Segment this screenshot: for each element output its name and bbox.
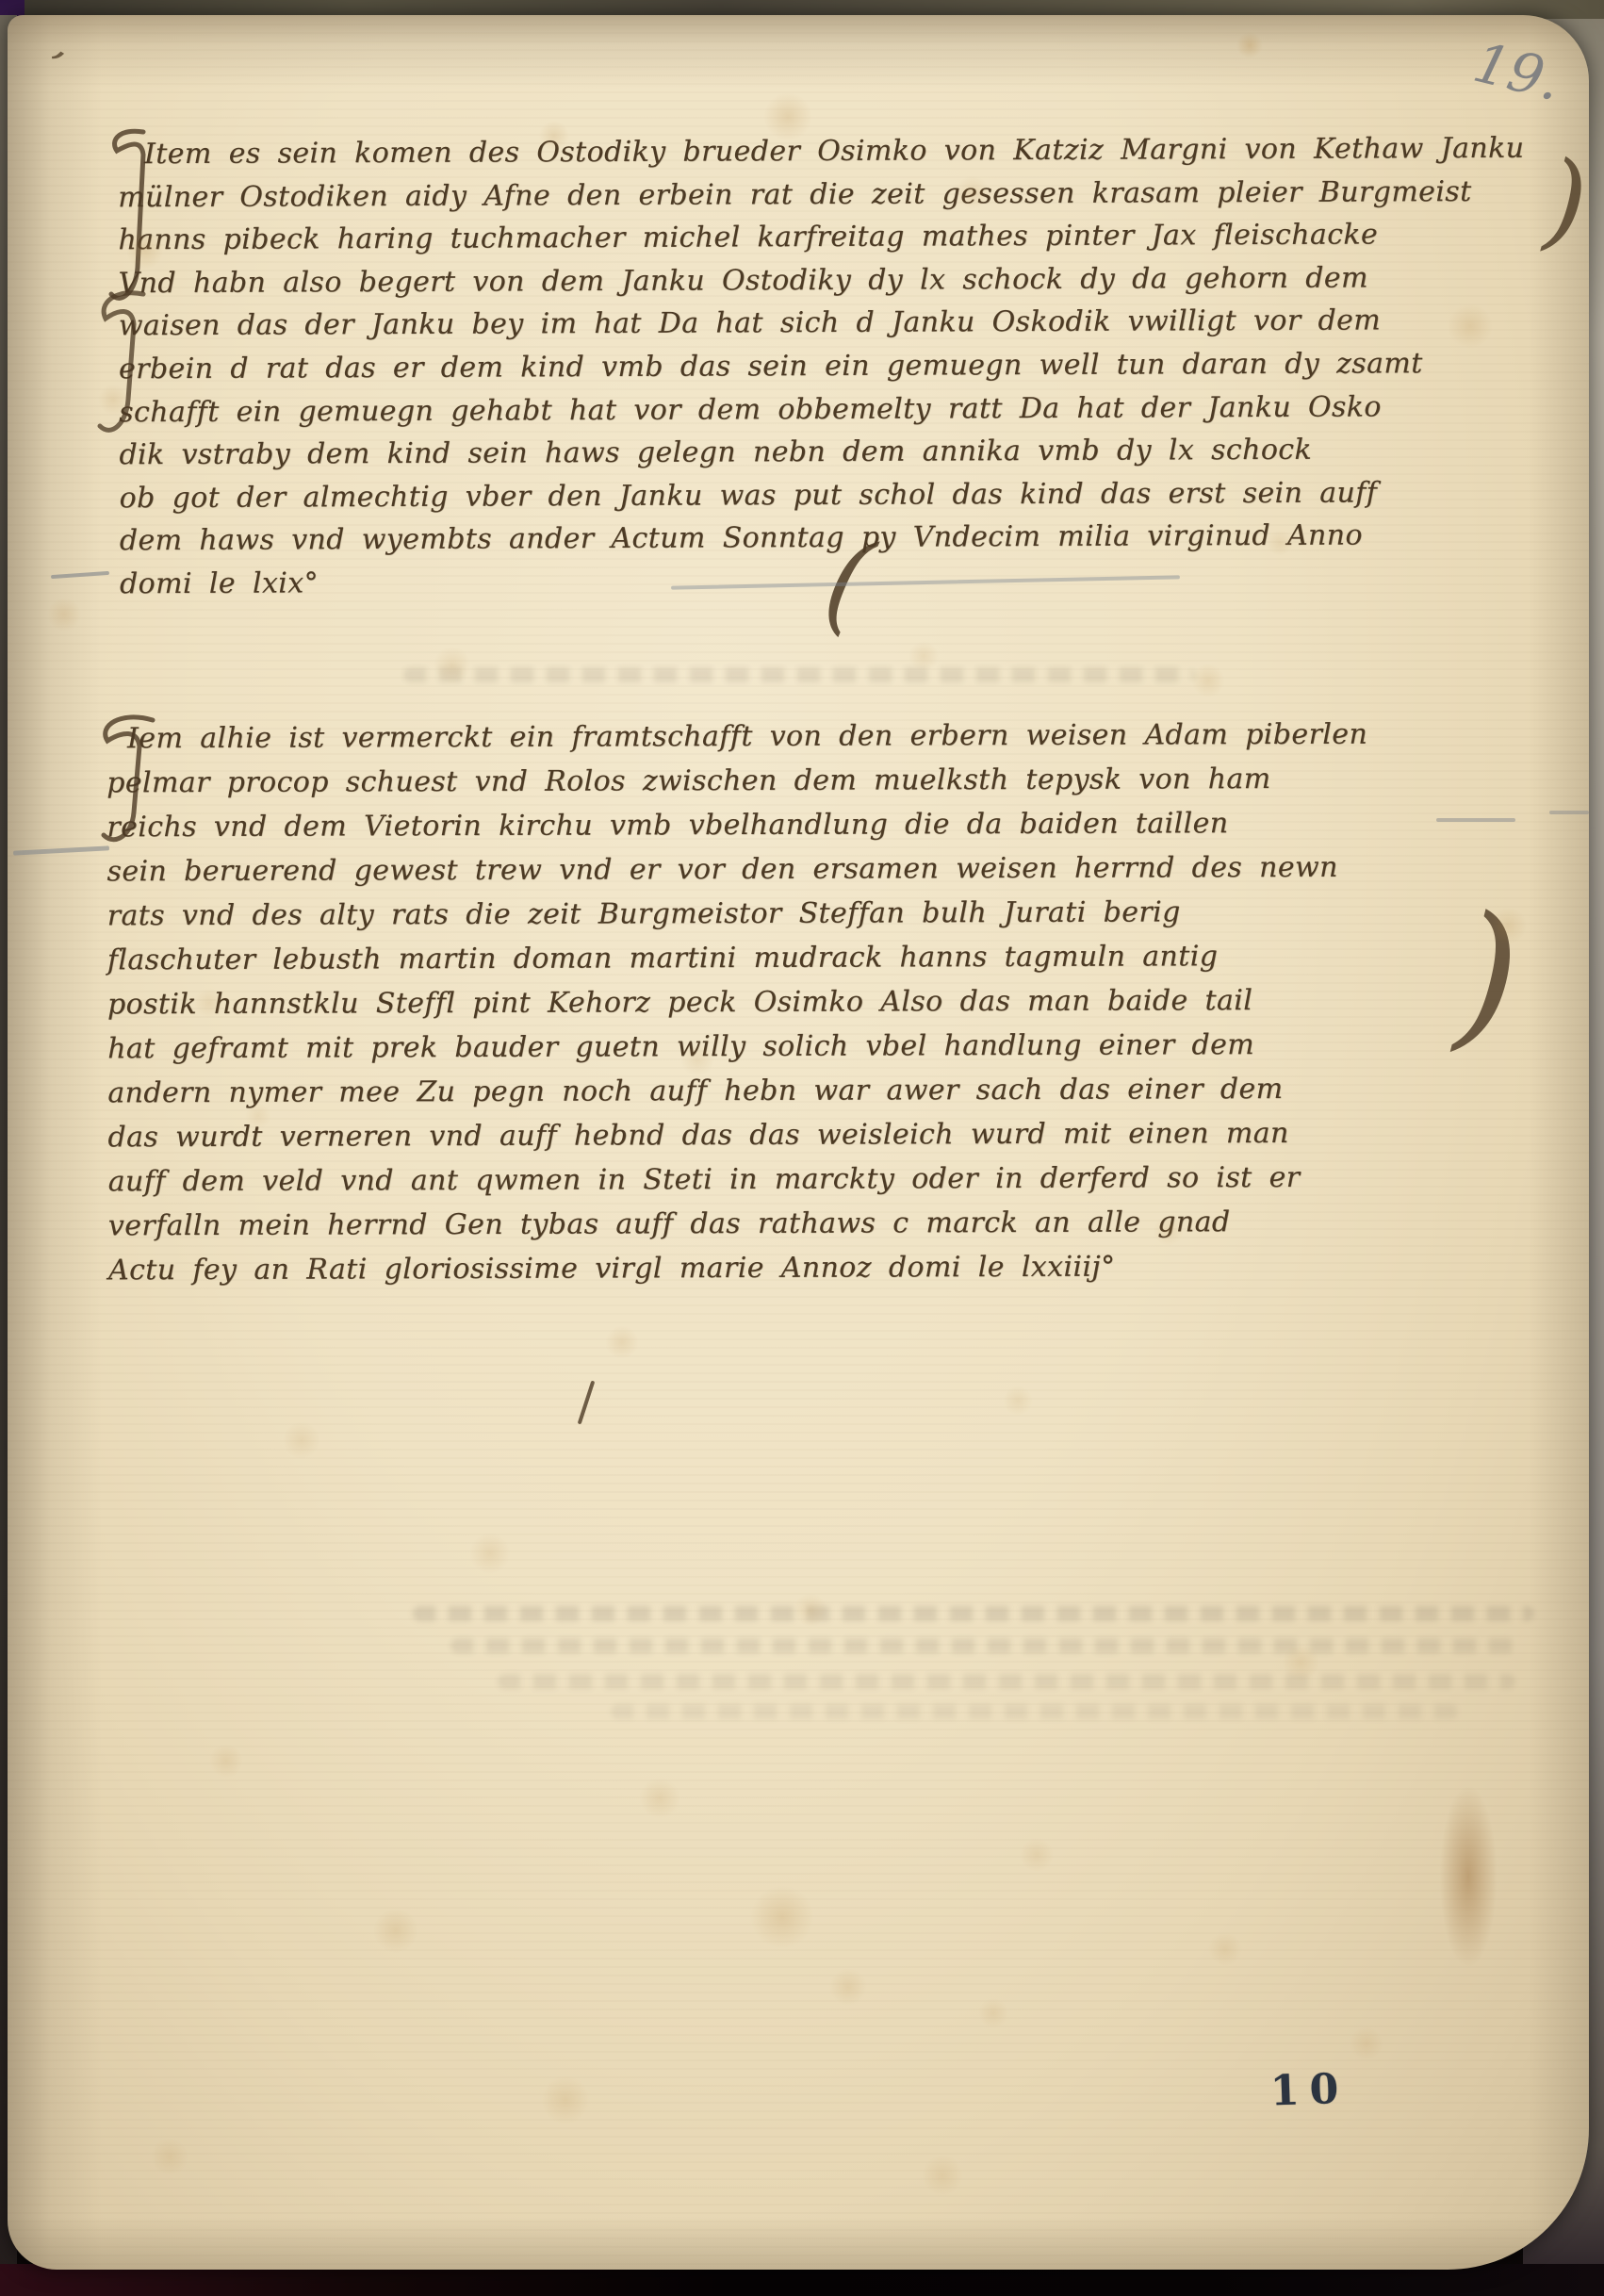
foxing-spot	[908, 641, 939, 671]
foxing-spot	[1282, 1644, 1319, 1681]
manuscript-line: erbein d rat das er dem kind vmb das sei…	[119, 342, 1526, 391]
foxing-spot	[373, 1908, 418, 1953]
foxing-spot	[209, 1744, 243, 1778]
foxing-spot	[1208, 1932, 1242, 1966]
foxing-spot	[639, 1778, 680, 1819]
folio-number: 19.	[1467, 30, 1567, 113]
manuscript-line: hat geframt mit prek bauder guetn willy …	[107, 1023, 1368, 1072]
foxing-spot	[1191, 664, 1225, 697]
initial-flourish-vnd	[87, 287, 162, 447]
manuscript-line: Actu fey an Rati gloriosissime virgl mar…	[108, 1244, 1369, 1293]
foxing-spot	[469, 1533, 511, 1574]
foxing-spot	[541, 2075, 590, 2124]
right-margin-flourish-top: )	[1542, 139, 1592, 264]
manuscript-line: domi le lxix°	[120, 557, 1527, 606]
entry-1: Item es sein komen des Ostodiky brueder …	[118, 127, 1527, 606]
manuscript-line: auff dem veld vnd ant qwmen in Steti in …	[108, 1156, 1369, 1205]
foxing-spot	[151, 2138, 188, 2175]
foxing-spot	[750, 1885, 814, 1949]
foxing-spot	[434, 647, 471, 684]
manuscript-line: schafft ein gemuegn gehabt hat vor dem o…	[119, 385, 1526, 434]
manuscript-line: dem haws vnd wyembts ander Actum Sonntag…	[120, 514, 1527, 563]
foxing-spot	[1020, 1838, 1054, 1872]
top-left-ink-stroke: ʼ	[31, 40, 70, 90]
archive-stamp-number: 10	[1269, 2065, 1350, 2116]
manuscript-line: sein beruerend gewest trew vnd er vor de…	[106, 845, 1367, 894]
manuscript-line: pelmar procop schuest vnd Rolos zwischen…	[106, 757, 1367, 806]
interline-slash-mark	[578, 1381, 596, 1425]
foxing-spot	[978, 1998, 1008, 2028]
pencil-underline-right	[1436, 818, 1515, 822]
initial-flourish-entry2	[87, 711, 181, 852]
manuscript-line: verfalln mein herrnd Gen tybas auff das …	[108, 1200, 1369, 1249]
manuscript-line: das wurdt verneren vnd auff hebnd das da…	[107, 1111, 1368, 1160]
manuscript-line: reichs vnd dem Vietorin kirchu vmb vbelh…	[106, 801, 1367, 850]
manuscript-line: Vnd habn also begert von dem Janku Ostod…	[119, 256, 1526, 305]
foxing-spot	[1236, 32, 1263, 58]
manuscript-line: ob got der almechtig vber den Janku was …	[120, 470, 1527, 519]
entry-2: Iem alhie ist vermerckt ein framtschafft…	[106, 713, 1369, 1293]
foxing-spot	[829, 1968, 867, 2006]
foxing-spot	[605, 1325, 639, 1359]
manuscript-line: flaschuter lebusth martin doman martini …	[107, 934, 1368, 983]
pencil-dash-left-1	[51, 571, 109, 579]
parchment-page: 19. ʼ ) ) ( Item es sein komen des Ostod…	[8, 15, 1589, 2270]
foxing-spot	[283, 1421, 320, 1459]
manuscript-scan: 19. ʼ ) ) ( Item es sein komen des Ostod…	[0, 0, 1604, 2296]
manuscript-line: rats vnd des alty rats die zeit Burgmeis…	[107, 890, 1368, 939]
pencil-dash-right	[1549, 811, 1589, 814]
foxing-spot	[794, 1593, 827, 1627]
right-margin-flourish-mid: )	[1452, 880, 1524, 1068]
manuscript-line: andern nymer mee Zu pegn noch auff hebn …	[107, 1067, 1368, 1116]
foxing-spot	[922, 2155, 963, 2196]
bleedthrough-band	[498, 1674, 1515, 1689]
manuscript-line: Iem alhie ist vermerckt ein framtschafft…	[106, 713, 1367, 762]
manuscript-line: waisen das der Janku bey im hat Da hat s…	[119, 299, 1526, 348]
manuscript-line: postik hannstklu Steffl pint Kehorz peck…	[107, 978, 1368, 1027]
manuscript-line: Item es sein komen des Ostodiky brueder …	[118, 127, 1525, 176]
foxing-spot	[1003, 1386, 1033, 1416]
bleedthrough-band	[450, 1638, 1515, 1653]
foxing-spot	[47, 598, 81, 631]
bleedthrough-band	[611, 1704, 1459, 1719]
bleedthrough-band	[403, 667, 1195, 682]
manuscript-line: hanns pibeck haring tuchmacher michel ka…	[118, 213, 1525, 262]
manuscript-line: dik vstraby dem kind sein haws gelegn ne…	[119, 428, 1526, 477]
manuscript-line: mülner Ostodiken aidy Afne den erbein ra…	[118, 170, 1525, 219]
foxing-spot	[1350, 2026, 1383, 2060]
bleedthrough-band	[413, 1606, 1534, 1621]
edge-stain	[1440, 1787, 1497, 1966]
